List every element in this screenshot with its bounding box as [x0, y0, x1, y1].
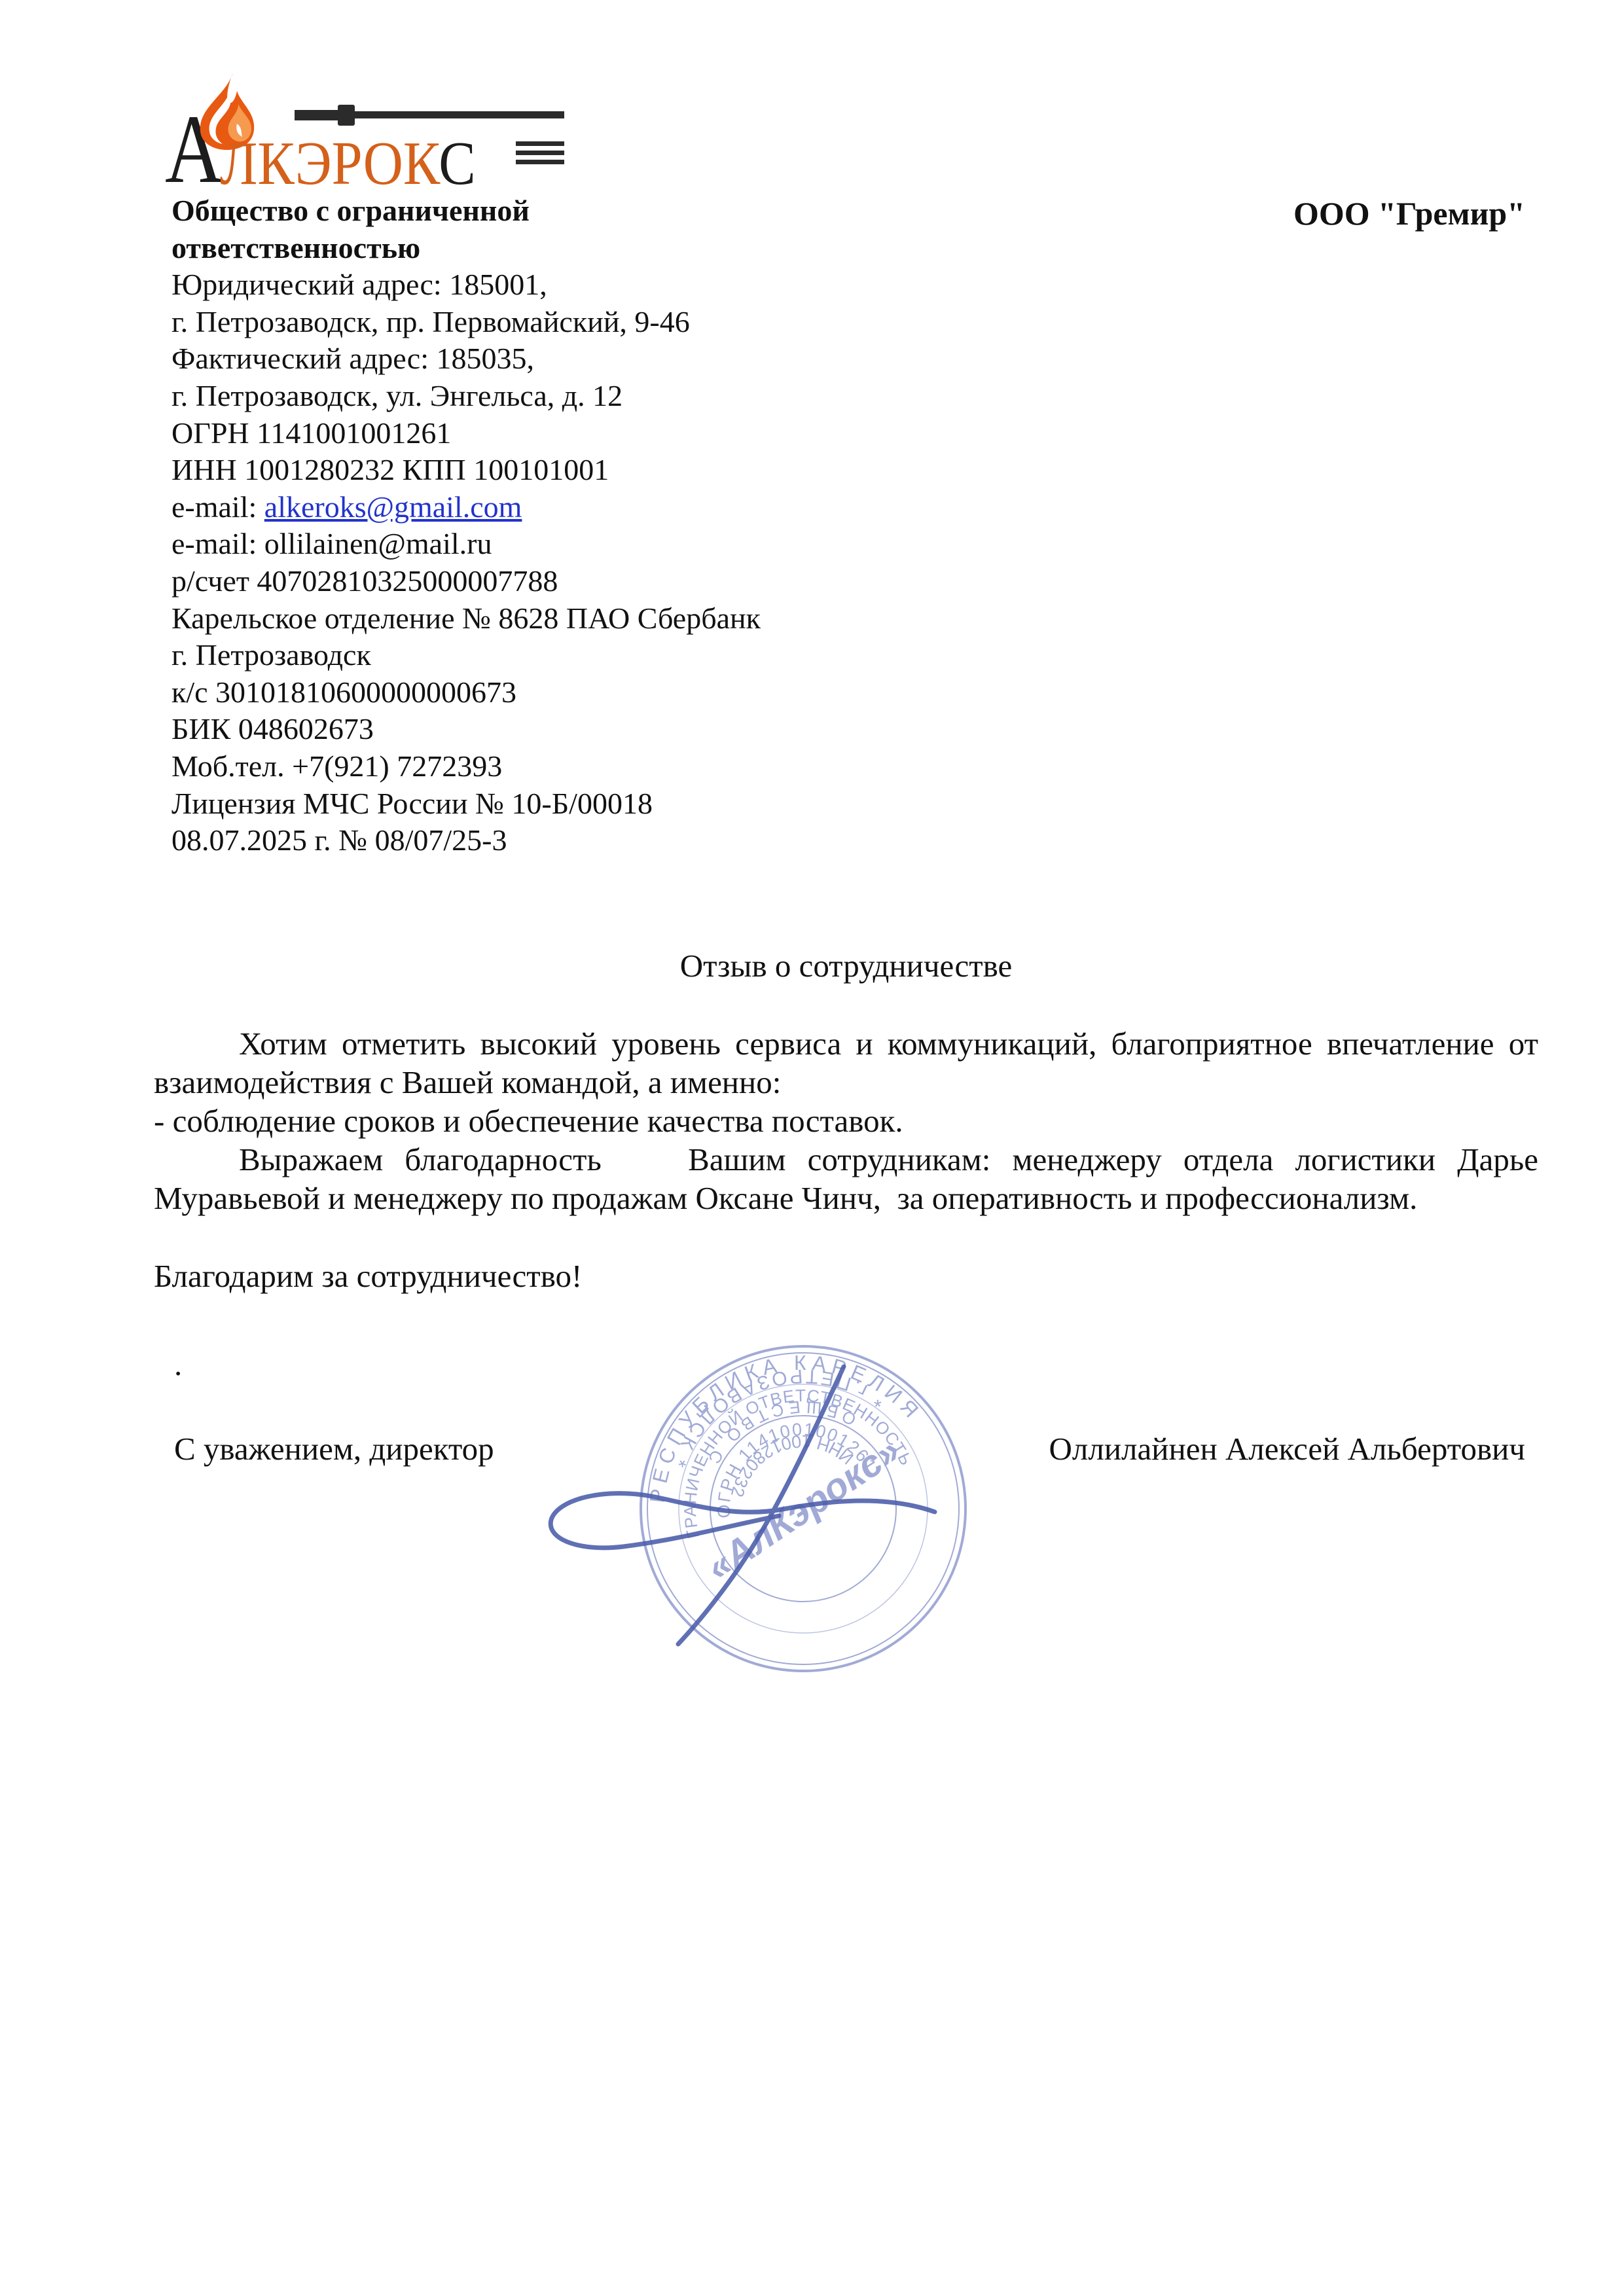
- phone-line: Моб.тел. +7(921) 7272393: [171, 748, 957, 785]
- thanks-line: Благодарим за сотрудничество!: [154, 1257, 582, 1295]
- actual-address-line: Фактический адрес: 185035,: [171, 340, 957, 378]
- stray-period: .: [174, 1345, 182, 1384]
- company-name-line2: ответственностью: [171, 230, 957, 267]
- email2-line: e-mail: ollilainen@mail.ru: [171, 526, 957, 563]
- company-logo: А ЛКЭРОКС: [165, 67, 584, 195]
- letter-page: А ЛКЭРОКС ООО "Гремир" Общество с ограни…: [0, 0, 1624, 2296]
- bank-line: Карельское отделение № 8628 ПАО Сбербанк: [171, 600, 957, 637]
- company-stamp: РЕСПУБЛИКА КАРЕЛИЯ * г.ПЕТРОЗАВОДСК * ОГ…: [620, 1325, 986, 1692]
- corr-account-line: к/с 30101810600000000673: [171, 674, 957, 711]
- email1-label: e-mail:: [171, 490, 264, 524]
- email1-line: e-mail: alkeroks@gmail.com: [171, 489, 957, 526]
- email1-link[interactable]: alkeroks@gmail.com: [264, 490, 522, 524]
- date-number-line: 08.07.2025 г. № 08/07/25-3: [171, 822, 957, 859]
- letter-title: Отзыв о сотрудничестве: [154, 946, 1538, 985]
- inn-kpp-line: ИНН 1001280232 КПП 100101001: [171, 452, 957, 489]
- paragraph-3: Выражаем благодарность Вашим сотрудникам…: [154, 1140, 1538, 1217]
- paragraph-1: Хотим отметить высокий уровень сервиса и…: [154, 1024, 1538, 1102]
- account-line: р/счет 40702810325000007788: [171, 563, 957, 600]
- director-name: Оллилайнен Алексей Альбертович: [1049, 1429, 1538, 1468]
- paragraph-2: - соблюдение сроков и обеспечение качест…: [154, 1102, 1538, 1140]
- signoff-text: С уважением, директор: [154, 1429, 494, 1468]
- letter-body: Хотим отметить высокий уровень сервиса и…: [154, 1024, 1538, 1217]
- ogrn-line: ОГРН 1141001001261: [171, 415, 957, 452]
- actual-address-city-line: г. Петрозаводск, ул. Энгельса, д. 12: [171, 378, 957, 415]
- recipient-name: ООО "Гремир": [1178, 195, 1525, 232]
- legal-address-city-line: г. Петрозаводск, пр. Первомайский, 9-46: [171, 304, 957, 341]
- bik-line: БИК 048602673: [171, 711, 957, 748]
- legal-address-line: Юридический адрес: 185001,: [171, 266, 957, 304]
- company-requisites: Общество с ограниченной ответственностью…: [171, 192, 957, 859]
- license-line: Лицензия МЧС России № 10-Б/00018: [171, 785, 957, 823]
- company-name-line1: Общество с ограниченной: [171, 192, 957, 230]
- bank-city-line: г. Петрозаводск: [171, 637, 957, 674]
- lance-icon: [295, 103, 564, 169]
